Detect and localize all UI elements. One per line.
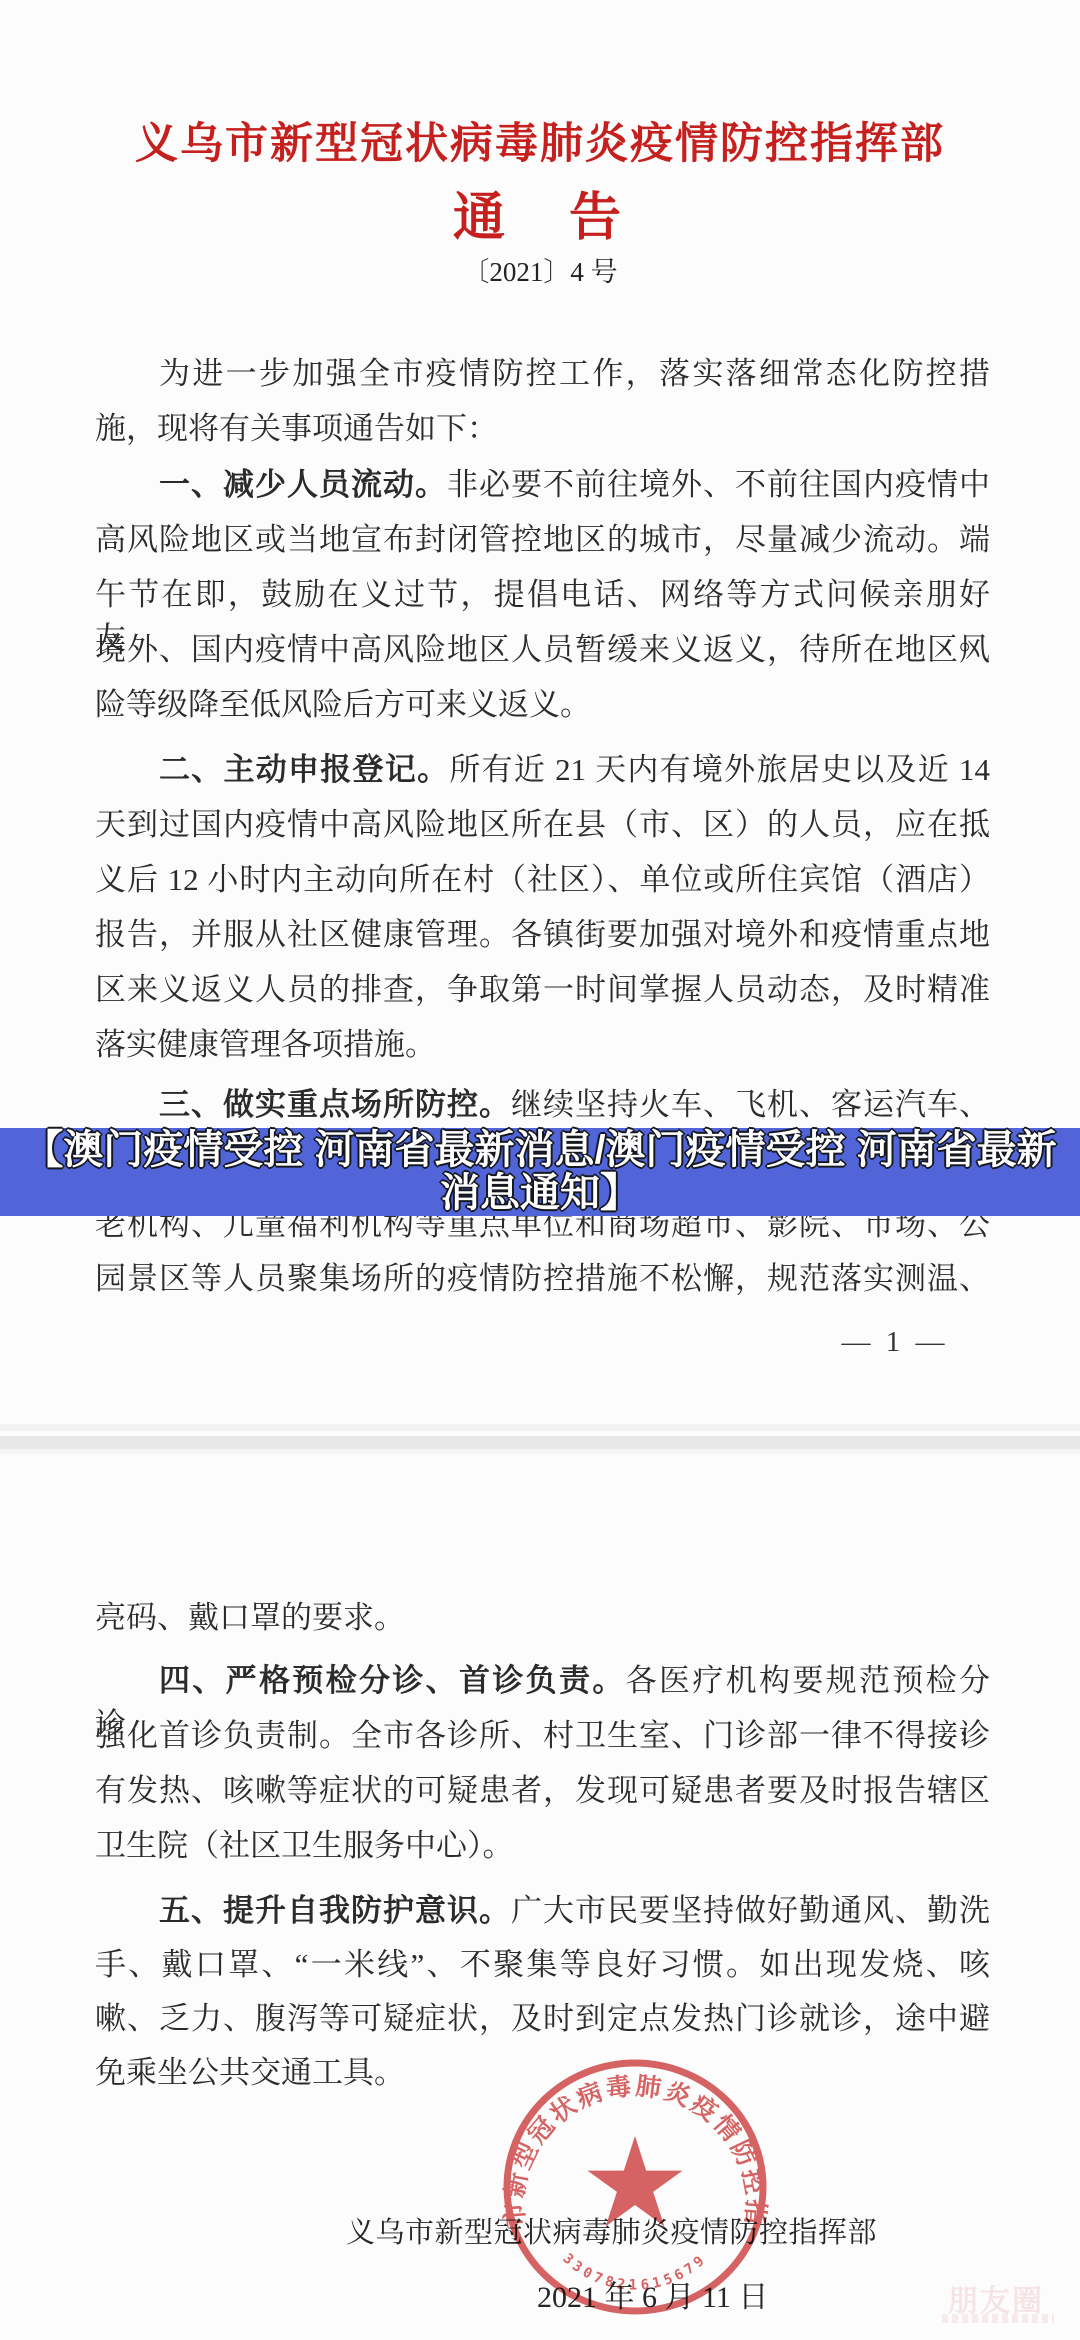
document-line: 施，现将有关事项通告如下： (95, 407, 990, 451)
document-line: 亮码、戴口罩的要求。 (95, 1596, 990, 1640)
document-line: 强化首诊负责制。全市各诊所、村卫生室、门诊部一律不得接诊 (95, 1714, 990, 1758)
document-line: 二、主动申报登记。所有近 21 天内有境外旅居史以及近 14 (95, 748, 990, 792)
document-line: 嗽、乏力、腹泻等可疑症状，及时到定点发热门诊就诊，途中避 (95, 1997, 990, 2041)
document-line: 三、做实重点场所防控。继续坚持火车、飞机、客运汽车、 (95, 1083, 990, 1127)
document-line: 报告，并服从社区健康管理。各镇街要加强对境外和疫情重点地 (95, 913, 990, 957)
document-line: 为进一步加强全市疫情防控工作，落实落细常态化防控措 (95, 352, 990, 396)
document-line: 园景区等人员聚集场所的疫情防控措施不松懈，规范落实测温、 (95, 1257, 990, 1301)
svg-text:3307821615679: 3307821615679 (559, 2251, 710, 2294)
document-line: 境外、国内疫情中高风险地区人员暂缓来义返义，待所在地区风 (95, 628, 990, 672)
watermark-bar (942, 2314, 1054, 2323)
document-line: 手、戴口罩、“一米线”、不聚集等良好习惯。如出现发烧、咳 (95, 1943, 990, 1987)
official-seal: 义乌市新型冠状病毒肺炎疫情防控指挥部 3307821615679 (495, 2056, 775, 2318)
document-line: 天到过国内疫情中高风险地区所在县（市、区）的人员，应在抵 (95, 803, 990, 847)
notice-subtitle: 通 告 (0, 175, 1080, 250)
doc-number: 〔2021〕4 号 (0, 250, 1080, 289)
page-separator (0, 1436, 1080, 1449)
overlay-caption-text: 【澳门疫情受控 河南省最新消息/澳门疫情受控 河南省最新消息通知】 (8, 1129, 1072, 1215)
document-line: 区来义返义人员的排查，争取第一时间掌握人员动态，及时精准 (95, 968, 990, 1012)
overlay-banner: 【澳门疫情受控 河南省最新消息/澳门疫情受控 河南省最新消息通知】 (0, 1128, 1080, 1216)
document-line: 落实健康管理各项措施。 (95, 1023, 990, 1067)
document-line: 义后 12 小时内主动向所在村（社区）、单位或所住宾馆（酒店） (95, 858, 990, 902)
document-line: 有发热、咳嗽等症状的可疑患者，发现可疑患者要及时报告辖区 (95, 1769, 990, 1813)
page-separator-soft (0, 1449, 1080, 1454)
document-line: 五、提升自我防护意识。广大市民要坚持做好勤通风、勤洗 (95, 1889, 990, 1933)
star-icon (587, 2136, 682, 2227)
notice-title: 义乌市新型冠状病毒肺炎疫情防控指挥部 (0, 110, 1080, 171)
document-line: 险等级降至低风险后方可来义返义。 (95, 683, 990, 727)
document-line: 卫生院（社区卫生服务中心）。 (95, 1824, 990, 1868)
document-line: 一、减少人员流动。非必要不前往境外、不前往国内疫情中 (95, 463, 990, 507)
page-separator-soft (0, 1424, 1080, 1431)
document-line: 高风险地区或当地宣布封闭管控地区的城市，尽量减少流动。端 (95, 518, 990, 562)
seal-serial: 3307821615679 (559, 2251, 710, 2294)
page-number: — 1 — (780, 1326, 1010, 1359)
